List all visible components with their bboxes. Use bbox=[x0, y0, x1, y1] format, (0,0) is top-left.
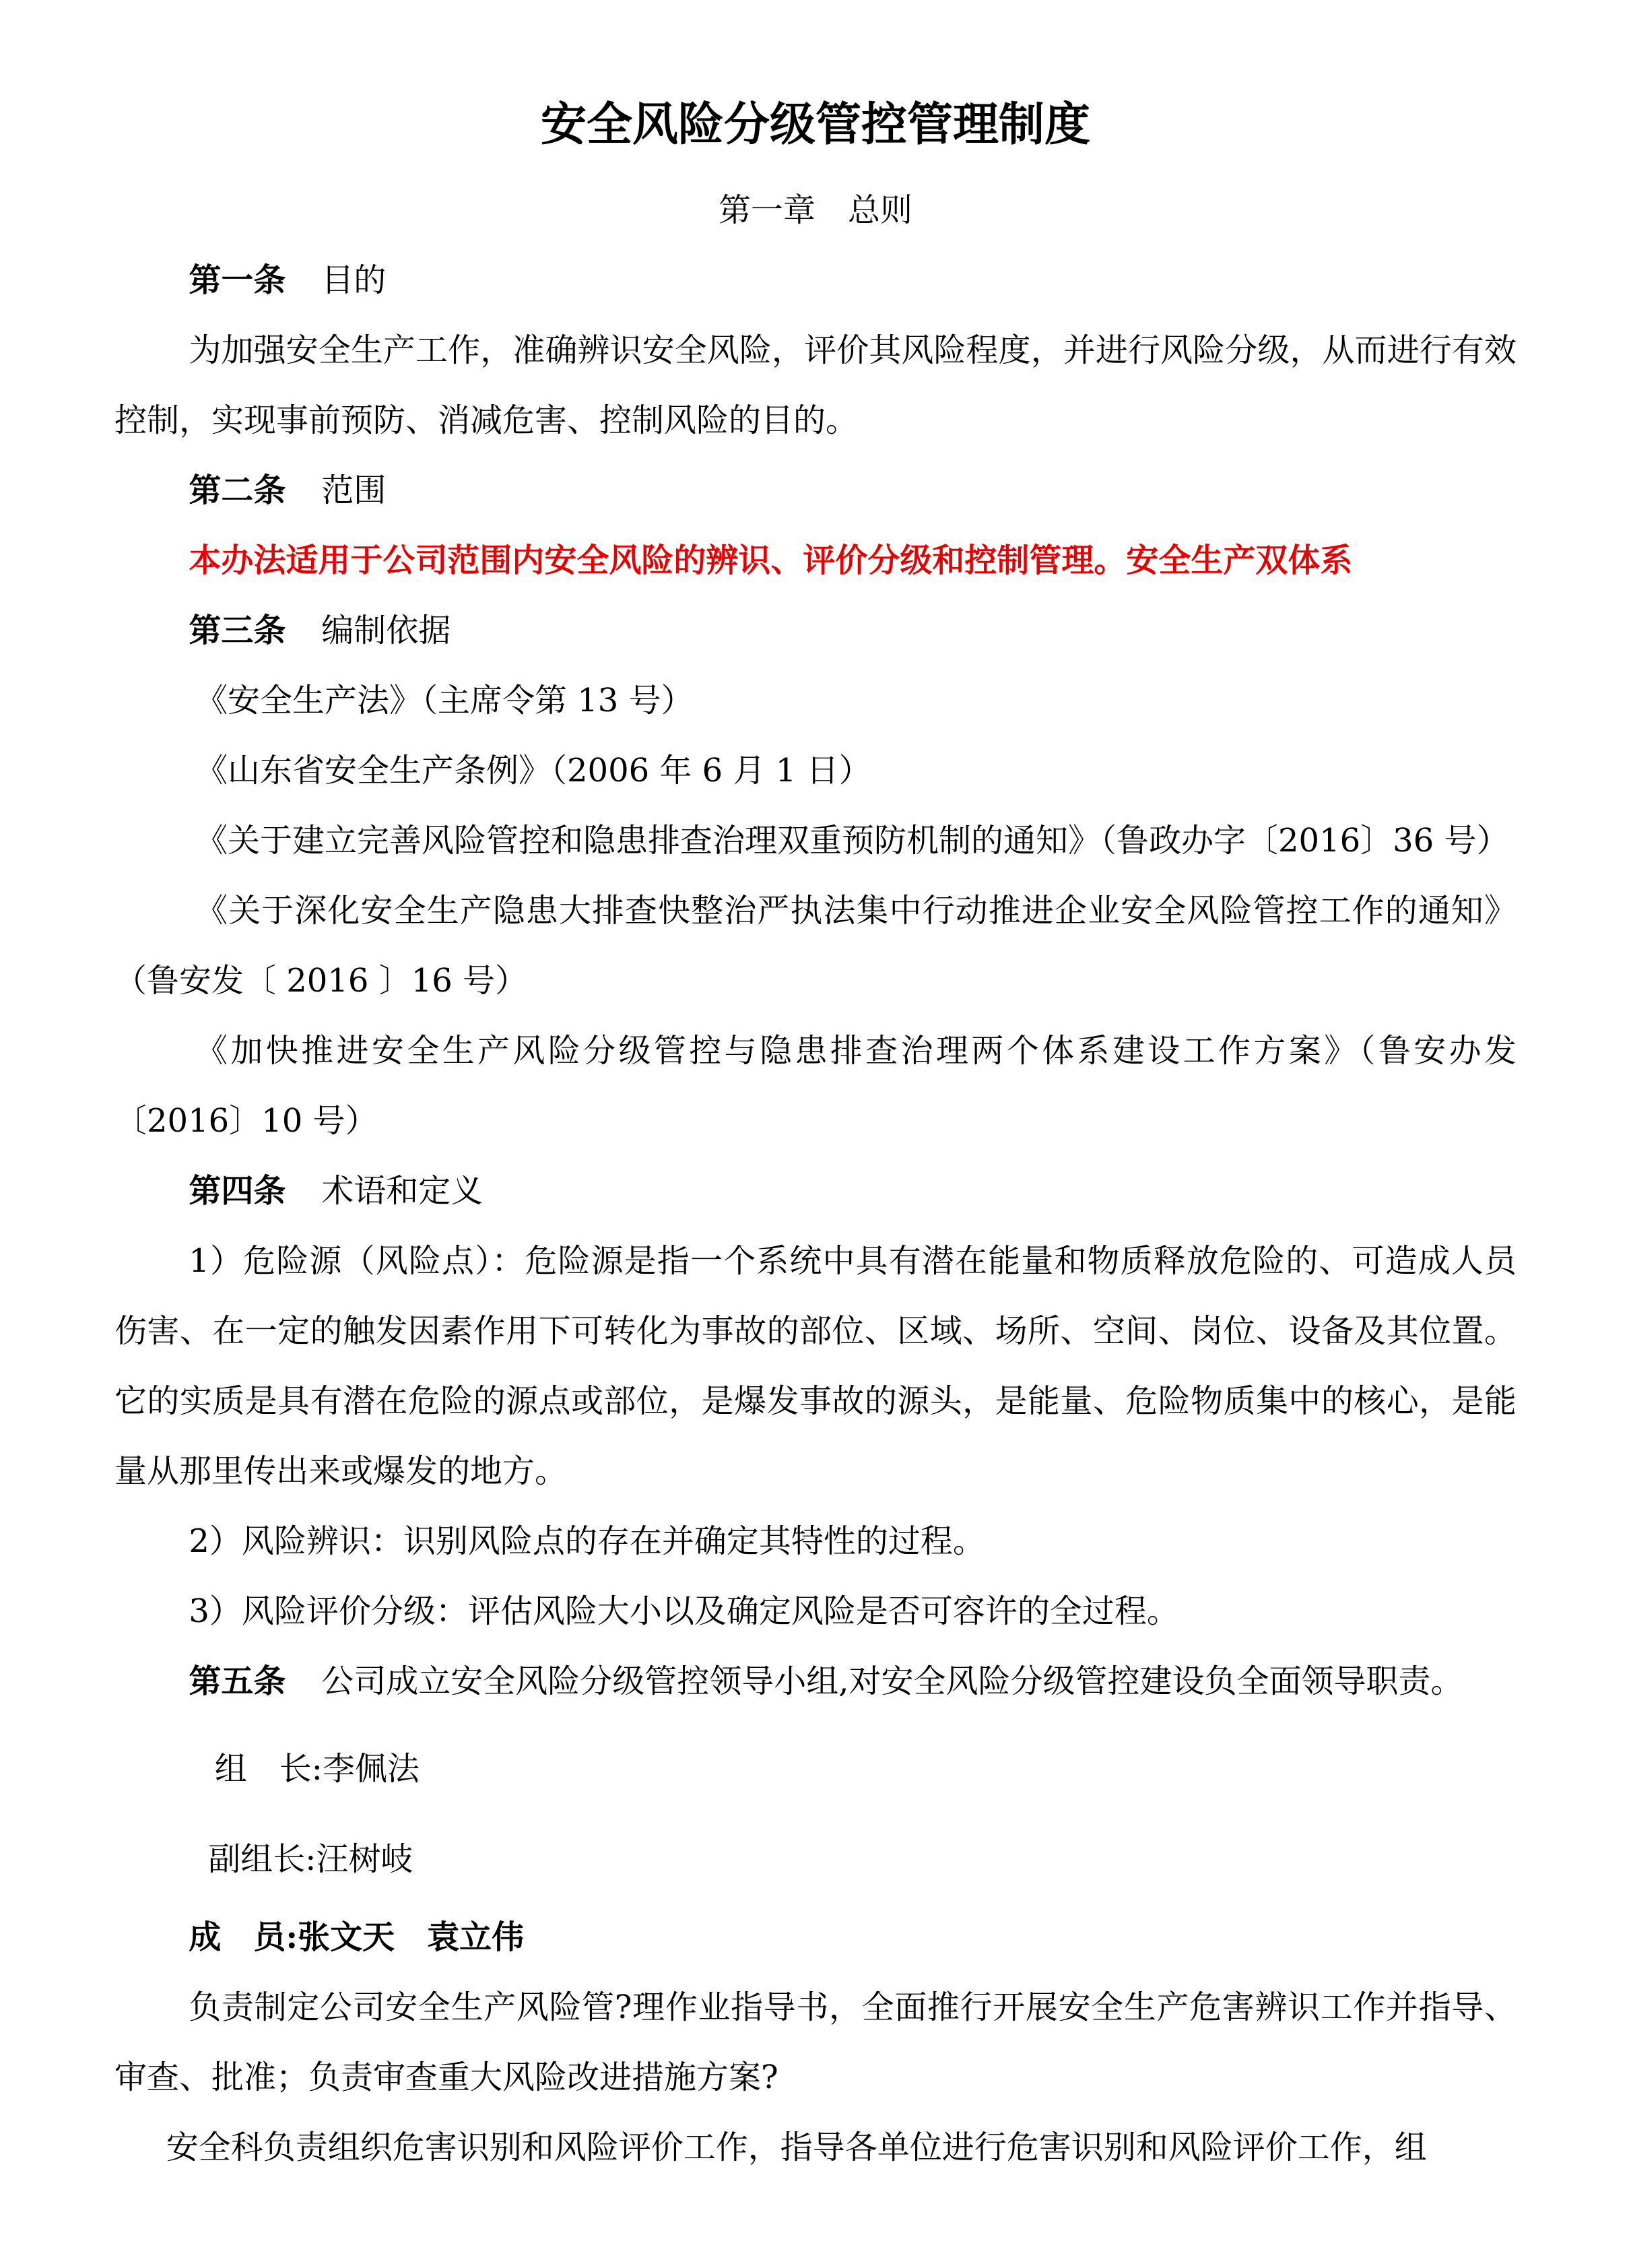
members-line: 成 员:张文天 袁立伟 bbox=[114, 1902, 1517, 1972]
duty-paragraph-2: 安全科负责组织危害识别和风险评价工作，指导各单位进行危害识别和风险评价工作，组 bbox=[114, 2112, 1517, 2182]
document-title: 安全风险分级管控管理制度 bbox=[114, 74, 1517, 175]
article-4-title: 术语和定义 bbox=[321, 1172, 483, 1210]
reference-item-3: 《关于建立完善风险管控和隐患排查治理双重预防机制的通知》（鲁政办字〔2016〕3… bbox=[114, 806, 1517, 876]
definition-hazard-source: 1）危险源（风险点）：危险源是指一个系统中具有潜在能量和物质释放危险的、可造成人… bbox=[114, 1226, 1517, 1506]
chapter-heading: 第一章 总则 bbox=[114, 175, 1517, 245]
duty-paragraph-1: 负责制定公司安全生产风险管?理作业指导书，全面推行开展安全生产危害辨识工作并指导… bbox=[114, 1972, 1517, 2112]
article-2-scope-highlight: 本办法适用于公司范围内安全风险的辨识、评价分级和控制管理。安全生产双体系 bbox=[114, 525, 1517, 595]
article-5-body: 公司成立安全风险分级管控领导小组,对安全风险分级管控建设负全面领导职责。 bbox=[321, 1662, 1463, 1700]
reference-item-2: 《山东省安全生产条例》（2006 年 6 月 1 日） bbox=[114, 736, 1517, 806]
article-2-title: 范围 bbox=[321, 472, 386, 509]
deputy-leader-line: 副组长:汪树岐 bbox=[114, 1824, 1517, 1894]
reference-item-5: 《加快推进安全生产风险分级管控与隐患排查治理两个体系建设工作方案》（鲁安办发〔2… bbox=[114, 1016, 1517, 1156]
definition-risk-evaluation: 3）风险评价分级：评估风险大小以及确定风险是否可容许的全过程。 bbox=[114, 1576, 1517, 1646]
reference-item-1: 《安全生产法》（主席令第 13 号） bbox=[114, 666, 1517, 736]
article-2-label: 第二条 bbox=[189, 472, 286, 509]
article-5-label: 第五条 bbox=[189, 1662, 286, 1700]
article-1-label: 第一条 bbox=[189, 261, 286, 299]
article-1-heading: 第一条目的 bbox=[114, 245, 1517, 315]
article-3-label: 第三条 bbox=[189, 612, 286, 649]
article-4-heading: 第四条术语和定义 bbox=[114, 1156, 1517, 1226]
article-5-heading: 第五条公司成立安全风险分级管控领导小组,对安全风险分级管控建设负全面领导职责。 bbox=[114, 1646, 1517, 1716]
group-leader-line: 组 长:李佩法 bbox=[114, 1734, 1517, 1804]
article-3-heading: 第三条编制依据 bbox=[114, 595, 1517, 666]
article-2-heading: 第二条范围 bbox=[114, 455, 1517, 525]
document-page: 安全风险分级管控管理制度 第一章 总则 第一条目的 为加强安全生产工作，准确辨识… bbox=[0, 0, 1631, 2268]
article-3-title: 编制依据 bbox=[321, 612, 451, 649]
definition-risk-identification: 2）风险辨识：识别风险点的存在并确定其特性的过程。 bbox=[114, 1506, 1517, 1576]
article-1-title: 目的 bbox=[321, 261, 386, 299]
article-4-label: 第四条 bbox=[189, 1172, 286, 1210]
reference-item-4: 《关于深化安全生产隐患大排查快整治严执法集中行动推进企业安全风险管控工作的通知》… bbox=[114, 876, 1517, 1016]
article-1-body: 为加强安全生产工作，准确辨识安全风险，评价其风险程度，并进行风险分级，从而进行有… bbox=[114, 315, 1517, 455]
